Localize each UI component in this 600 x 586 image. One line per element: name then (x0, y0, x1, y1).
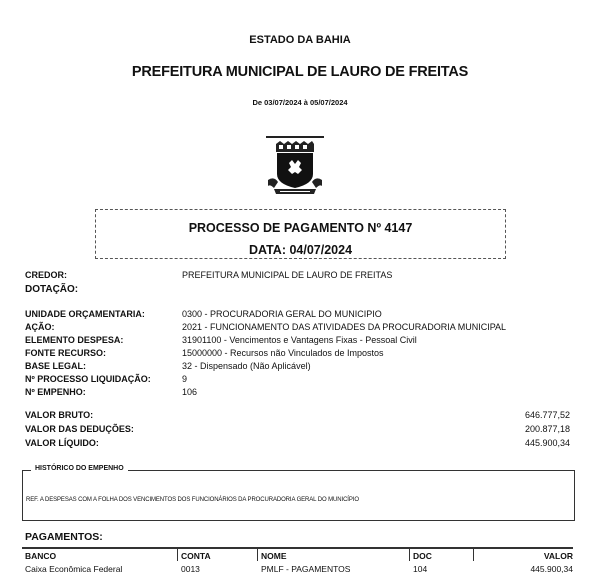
creditor-label: CREDOR: (25, 270, 67, 280)
field-label: AÇÃO: (25, 322, 55, 332)
field-label: Nº EMPENHO: (25, 387, 86, 397)
cell-doc: 104 (413, 564, 427, 574)
col-nome: NOME (261, 551, 287, 561)
dotacao-label: DOTAÇÃO: (25, 284, 78, 295)
field-value: 32 - Dispensado (Não Aplicável) (182, 361, 311, 371)
table-row: Caixa Econômica Federal 0013 PMLF - PAGA… (22, 562, 573, 576)
field-label: BASE LEGAL: (25, 361, 86, 371)
cell-banco: Caixa Econômica Federal (25, 564, 122, 574)
col-valor: VALOR (544, 551, 573, 561)
historico-box: HISTÓRICO DO EMPENHO REF. A DESPESAS COM… (22, 470, 575, 521)
field-label: ELEMENTO DESPESA: (25, 335, 123, 345)
field-value: 106 (182, 387, 197, 397)
cell-nome: PMLF - PAGAMENTOS (261, 564, 350, 574)
payments-title: PAGAMENTOS: (25, 531, 103, 543)
field-label: UNIDADE ORÇAMENTARIA: (25, 309, 145, 319)
field-value: 31901100 - Vencimentos e Vantagens Fixas… (182, 335, 417, 345)
net-value-label: VALOR LÍQUIDO: (25, 438, 99, 448)
field-label: Nº PROCESSO LIQUIDAÇÃO: (25, 374, 151, 384)
deductions-label: VALOR DAS DEDUÇÕES: (25, 424, 134, 434)
field-value: 0300 - PROCURADORIA GERAL DO MUNICIPIO (182, 309, 382, 319)
column-divider (409, 549, 410, 561)
field-value: 9 (182, 374, 187, 384)
coat-of-arms-icon (262, 136, 328, 196)
col-banco: BANCO (25, 551, 56, 561)
gross-value-label: VALOR BRUTO: (25, 410, 93, 420)
gross-value: 646.777,52 (525, 410, 570, 420)
creditor-value: PREFEITURA MUNICIPAL DE LAURO DE FREITAS (182, 270, 392, 280)
column-divider (257, 549, 258, 561)
process-title: PROCESSO DE PAGAMENTO Nº 4147 (96, 221, 505, 235)
historico-title: HISTÓRICO DO EMPENHO (31, 465, 128, 472)
payments-table: BANCO CONTA NOME DOC VALOR Caixa Econômi… (22, 547, 573, 576)
field-value: 15000000 - Recursos não Vinculados de Im… (182, 348, 383, 358)
process-box: PROCESSO DE PAGAMENTO Nº 4147 DATA: 04/0… (95, 209, 506, 259)
cell-conta: 0013 (181, 564, 200, 574)
state-heading: ESTADO DA BAHIA (0, 34, 600, 46)
column-divider (473, 549, 474, 561)
field-value: 2021 - FUNCIONAMENTO DAS ATIVIDADES DA P… (182, 322, 506, 332)
municipality-heading: PREFEITURA MUNICIPAL DE LAURO DE FREITAS (0, 64, 600, 80)
deductions-value: 200.877,18 (525, 424, 570, 434)
table-header-row: BANCO CONTA NOME DOC VALOR (22, 547, 573, 562)
col-doc: DOC (413, 551, 432, 561)
field-label: FONTE RECURSO: (25, 348, 106, 358)
period-range: De 03/07/2024 à 05/07/2024 (0, 98, 600, 107)
net-value: 445.900,34 (525, 438, 570, 448)
column-divider (177, 549, 178, 561)
process-date: DATA: 04/07/2024 (96, 243, 505, 257)
cell-valor: 445.900,34 (530, 564, 573, 574)
historico-text: REF. A DESPESAS COM A FOLHA DOS VENCIMEN… (26, 497, 359, 503)
col-conta: CONTA (181, 551, 211, 561)
